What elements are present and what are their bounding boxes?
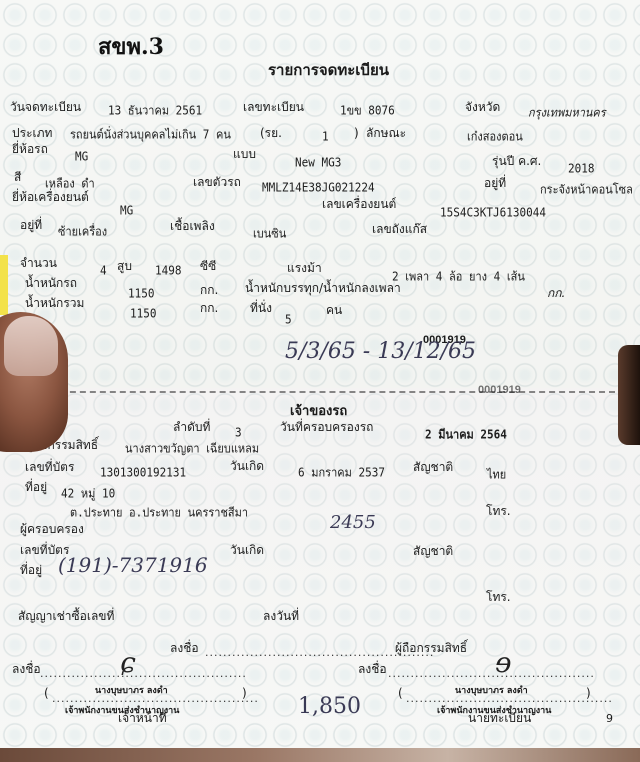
owner-nationality-label: สัญชาติ <box>413 460 453 474</box>
owner-address-line1: 42 หมู่ 10 <box>61 486 115 501</box>
owner-sign-label: ลงชื่อ <box>170 641 199 655</box>
right-paren-close: ) <box>586 686 591 700</box>
right-official-role: นายทะเบียน <box>468 711 531 725</box>
order-value: 3 <box>235 425 242 440</box>
left-sign-label: ลงชื่อ <box>12 662 41 676</box>
page-number: 9 <box>606 712 613 726</box>
type-label: ประเภท <box>12 126 52 140</box>
owner-nationality-value: ไทย <box>487 467 506 482</box>
bottom-background <box>0 748 640 762</box>
vin-location-label: อยู่ที่ <box>484 176 506 190</box>
load-unit: กก. <box>547 286 565 300</box>
finger-right-edge <box>618 345 640 445</box>
owner-phone-label: โทร. <box>486 504 511 518</box>
reg-date-value: 13 ธันวาคม 2561 <box>108 103 202 118</box>
seats-value: 5 <box>285 312 292 327</box>
color-label: สี <box>14 170 21 184</box>
form-code: สขพ.3 <box>98 40 164 54</box>
province-value: กรุงเทพมหานคร <box>528 105 606 120</box>
horsepower-label: แรงม้า <box>287 261 322 275</box>
possessor-phone-label: โทร. <box>486 590 511 604</box>
left-paren-close: ) <box>242 686 247 700</box>
fuel-value: เบนซิน <box>253 226 286 241</box>
plate-label: เลขทะเบียน <box>243 100 304 114</box>
owner-address-line2: ต.ประทาย อ.ประทาย นครราชสีมา <box>70 505 248 520</box>
owner-address-label: ที่อยู่ <box>25 480 47 494</box>
owner-dob-value: 6 มกราคม 2537 <box>298 465 385 480</box>
ry-value: 1 <box>322 129 329 144</box>
page-title: รายการจดทะเบียน <box>268 63 389 77</box>
cc-unit: ซีซี <box>200 259 216 273</box>
type-value: รถยนต์นั่งส่วนบุคคลไม่เกิน 7 คน <box>70 127 231 142</box>
possessor-nationality-label: สัญชาติ <box>413 544 453 558</box>
right-sign-dots: ........................................… <box>388 667 595 681</box>
owner-dob-label: วันเกิด <box>230 459 264 473</box>
fold-serial: 0001919 <box>478 383 521 397</box>
plate-value: 1ขข 8076 <box>340 103 395 118</box>
weight-label: น้ำหนักรถ <box>25 276 77 290</box>
owner-id-label: เลขที่บัตร <box>25 460 74 474</box>
model-label: แบบ <box>233 147 256 161</box>
thumb-nail <box>4 316 58 376</box>
owner-section-title: เจ้าของรถ <box>290 405 347 419</box>
engine-location-label: อยู่ที่ <box>20 218 42 232</box>
gross-weight-value: 1150 <box>130 306 157 321</box>
province-label: จังหวัด <box>465 100 500 114</box>
fold-line <box>0 391 615 393</box>
weight-value: 1150 <box>128 286 155 301</box>
owner-name: นางสาวขวัญตา เฉียบแหลม <box>125 441 259 456</box>
axles-wheels-value: 2 เพลา 4 ล้อ ยาง 4 เส้น <box>392 269 525 284</box>
engine-no-label: เลขเครื่องยนต์ <box>322 197 396 211</box>
handwritten-note: 2455 <box>330 516 376 530</box>
owner-sign-role: ผู้ถือกรรมสิทธิ์ <box>395 641 467 655</box>
owner-id-value: 1301300192131 <box>100 465 186 480</box>
possessor-address-label: ที่อยู่ <box>20 563 42 577</box>
registration-book-page: สขพ.3 รายการจดทะเบียน วันจดทะเบียน 13 ธั… <box>0 0 640 762</box>
engine-brand-label: ยี่ห้อเครื่องยนต์ <box>12 190 89 204</box>
vin-value: MMLZ14E38JG021224 <box>262 180 375 195</box>
fuel-label: เชื้อเพลิง <box>170 219 215 233</box>
left-signature: ɕ <box>120 646 136 679</box>
left-sign-dots: ........................................… <box>40 667 247 681</box>
possess-date-label: วันที่ครอบครองรถ <box>280 420 373 434</box>
left-official-role: เจ้าหน้าที่ <box>118 711 167 725</box>
engine-no-value: 15S4C3KTJ6130044 <box>440 205 546 220</box>
cylinders-label: จำนวน <box>20 256 57 270</box>
vin-label: เลขตัวรถ <box>193 175 241 189</box>
engine-brand-value: MG <box>120 203 133 218</box>
seats-unit: คน <box>326 303 342 317</box>
handwritten-amount: 1,850 <box>298 700 361 714</box>
handwritten-phone: (191)-7371916 <box>58 558 208 572</box>
brand-label: ยี่ห้อรถ <box>12 142 48 156</box>
seats-label: ที่นั่ง <box>250 301 272 315</box>
yellow-tab <box>0 255 8 315</box>
hire-purchase-label: สัญญาเช่าซื้อเลขที่ <box>18 609 114 623</box>
left-paren-open: ( <box>44 686 49 700</box>
possess-date-value: 2 มีนาคม 2564 <box>425 427 507 442</box>
brand-value: MG <box>75 149 88 164</box>
gross-weight-unit: กก. <box>200 301 218 315</box>
right-paren-open: ( <box>398 686 403 700</box>
cylinders-unit: สูบ <box>117 259 132 273</box>
year-label: รุ่นปี ค.ศ. <box>492 154 541 168</box>
model-value: New MG3 <box>295 155 341 170</box>
gross-weight-label: น้ำหนักรวม <box>25 296 84 310</box>
engine-location-value: ซ้ายเครื่อง <box>58 224 107 239</box>
style-value: เก๋งสองตอน <box>467 129 523 144</box>
possessor-label: ผู้ครอบครอง <box>20 522 84 536</box>
contract-date-label: ลงวันที่ <box>263 609 299 623</box>
cc-value: 1498 <box>155 263 182 278</box>
vin-location-value: กระจังหน้าคอนโซล <box>540 182 633 197</box>
ry-close: ) <box>354 126 359 140</box>
right-signature: ɘ <box>495 646 512 679</box>
load-label: น้ำหนักบรรทุก/น้ำหนักลงเพลา <box>245 281 401 295</box>
right-sign-label: ลงชื่อ <box>358 662 387 676</box>
reg-date-label: วันจดทะเบียน <box>10 100 81 114</box>
handwritten-dates: 5/3/65 - 13/12/65 <box>285 345 476 359</box>
possessor-dob-label: วันเกิด <box>230 543 264 557</box>
gas-tank-label: เลขถังแก๊ส <box>372 222 427 236</box>
ry-label: (รย. <box>260 126 282 140</box>
style-label: ลักษณะ <box>366 126 406 140</box>
year-value: 2018 <box>568 161 595 176</box>
order-label: ลำดับที่ <box>173 420 210 434</box>
cylinders-value: 4 <box>100 263 107 278</box>
weight-unit: กก. <box>200 283 218 297</box>
